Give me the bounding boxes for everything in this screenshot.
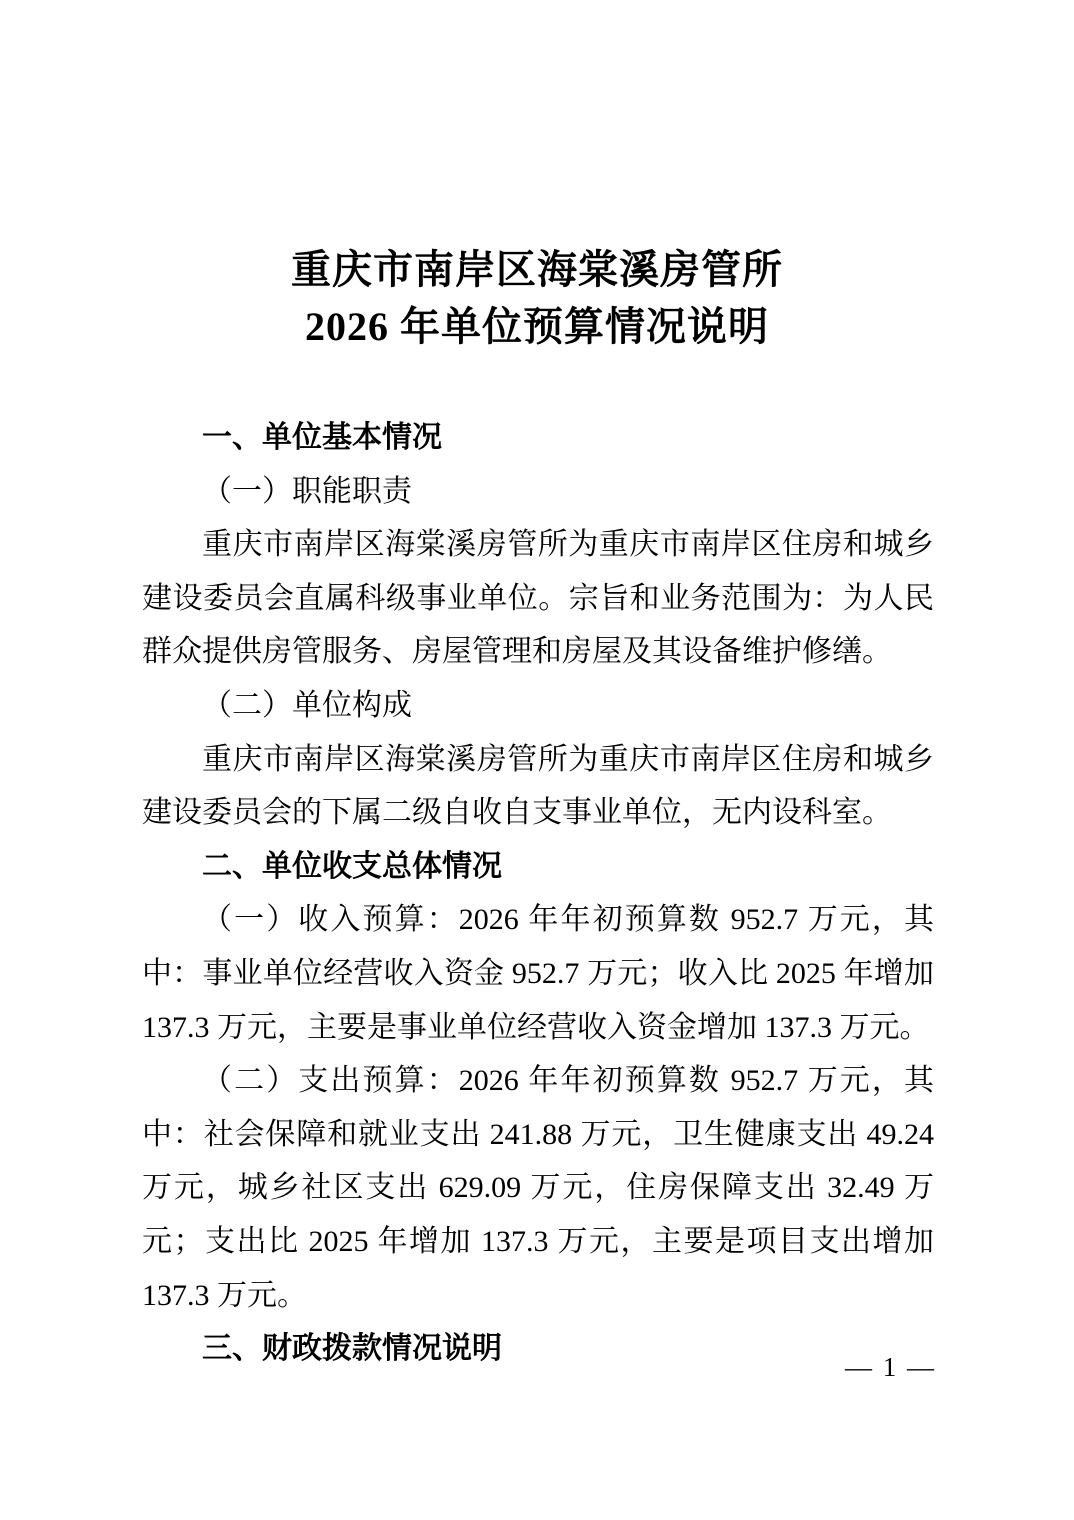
paragraph-expenditure-budget: （二）支出预算：2026 年年初预算数 952.7 万元，其中：社会保障和就业支… xyxy=(142,1054,934,1322)
page-number: — 1 — xyxy=(845,1352,936,1382)
paragraph-composition: 重庆市南岸区海棠溪房管所为重庆市南岸区住房和城乡建设委员会的下属二级自收自支事业… xyxy=(142,733,934,840)
document-title: 重庆市南岸区海棠溪房管所 2026 年单位预算情况说明 xyxy=(0,241,1074,355)
document-title-line1: 重庆市南岸区海棠溪房管所 xyxy=(291,247,783,292)
section-heading-3: 三、财政拨款情况说明 xyxy=(142,1322,934,1376)
section-heading-2: 二、单位收支总体情况 xyxy=(142,840,934,894)
subsection-heading-1-1: （一）职能职责 xyxy=(142,465,934,519)
section-heading-1: 一、单位基本情况 xyxy=(142,411,934,465)
subsection-heading-1-2: （二）单位构成 xyxy=(142,679,934,733)
paragraph-duties: 重庆市南岸区海棠溪房管所为重庆市南岸区住房和城乡建设委员会直属科级事业单位。宗旨… xyxy=(142,518,934,679)
document-body: 一、单位基本情况 （一）职能职责 重庆市南岸区海棠溪房管所为重庆市南岸区住房和城… xyxy=(142,411,934,1376)
document-title-line2: 2026 年单位预算情况说明 xyxy=(305,304,769,349)
document-page: 重庆市南岸区海棠溪房管所 2026 年单位预算情况说明 一、单位基本情况 （一）… xyxy=(0,0,1074,1520)
paragraph-income-budget: （一）收入预算：2026 年年初预算数 952.7 万元，其中：事业单位经营收入… xyxy=(142,893,934,1054)
